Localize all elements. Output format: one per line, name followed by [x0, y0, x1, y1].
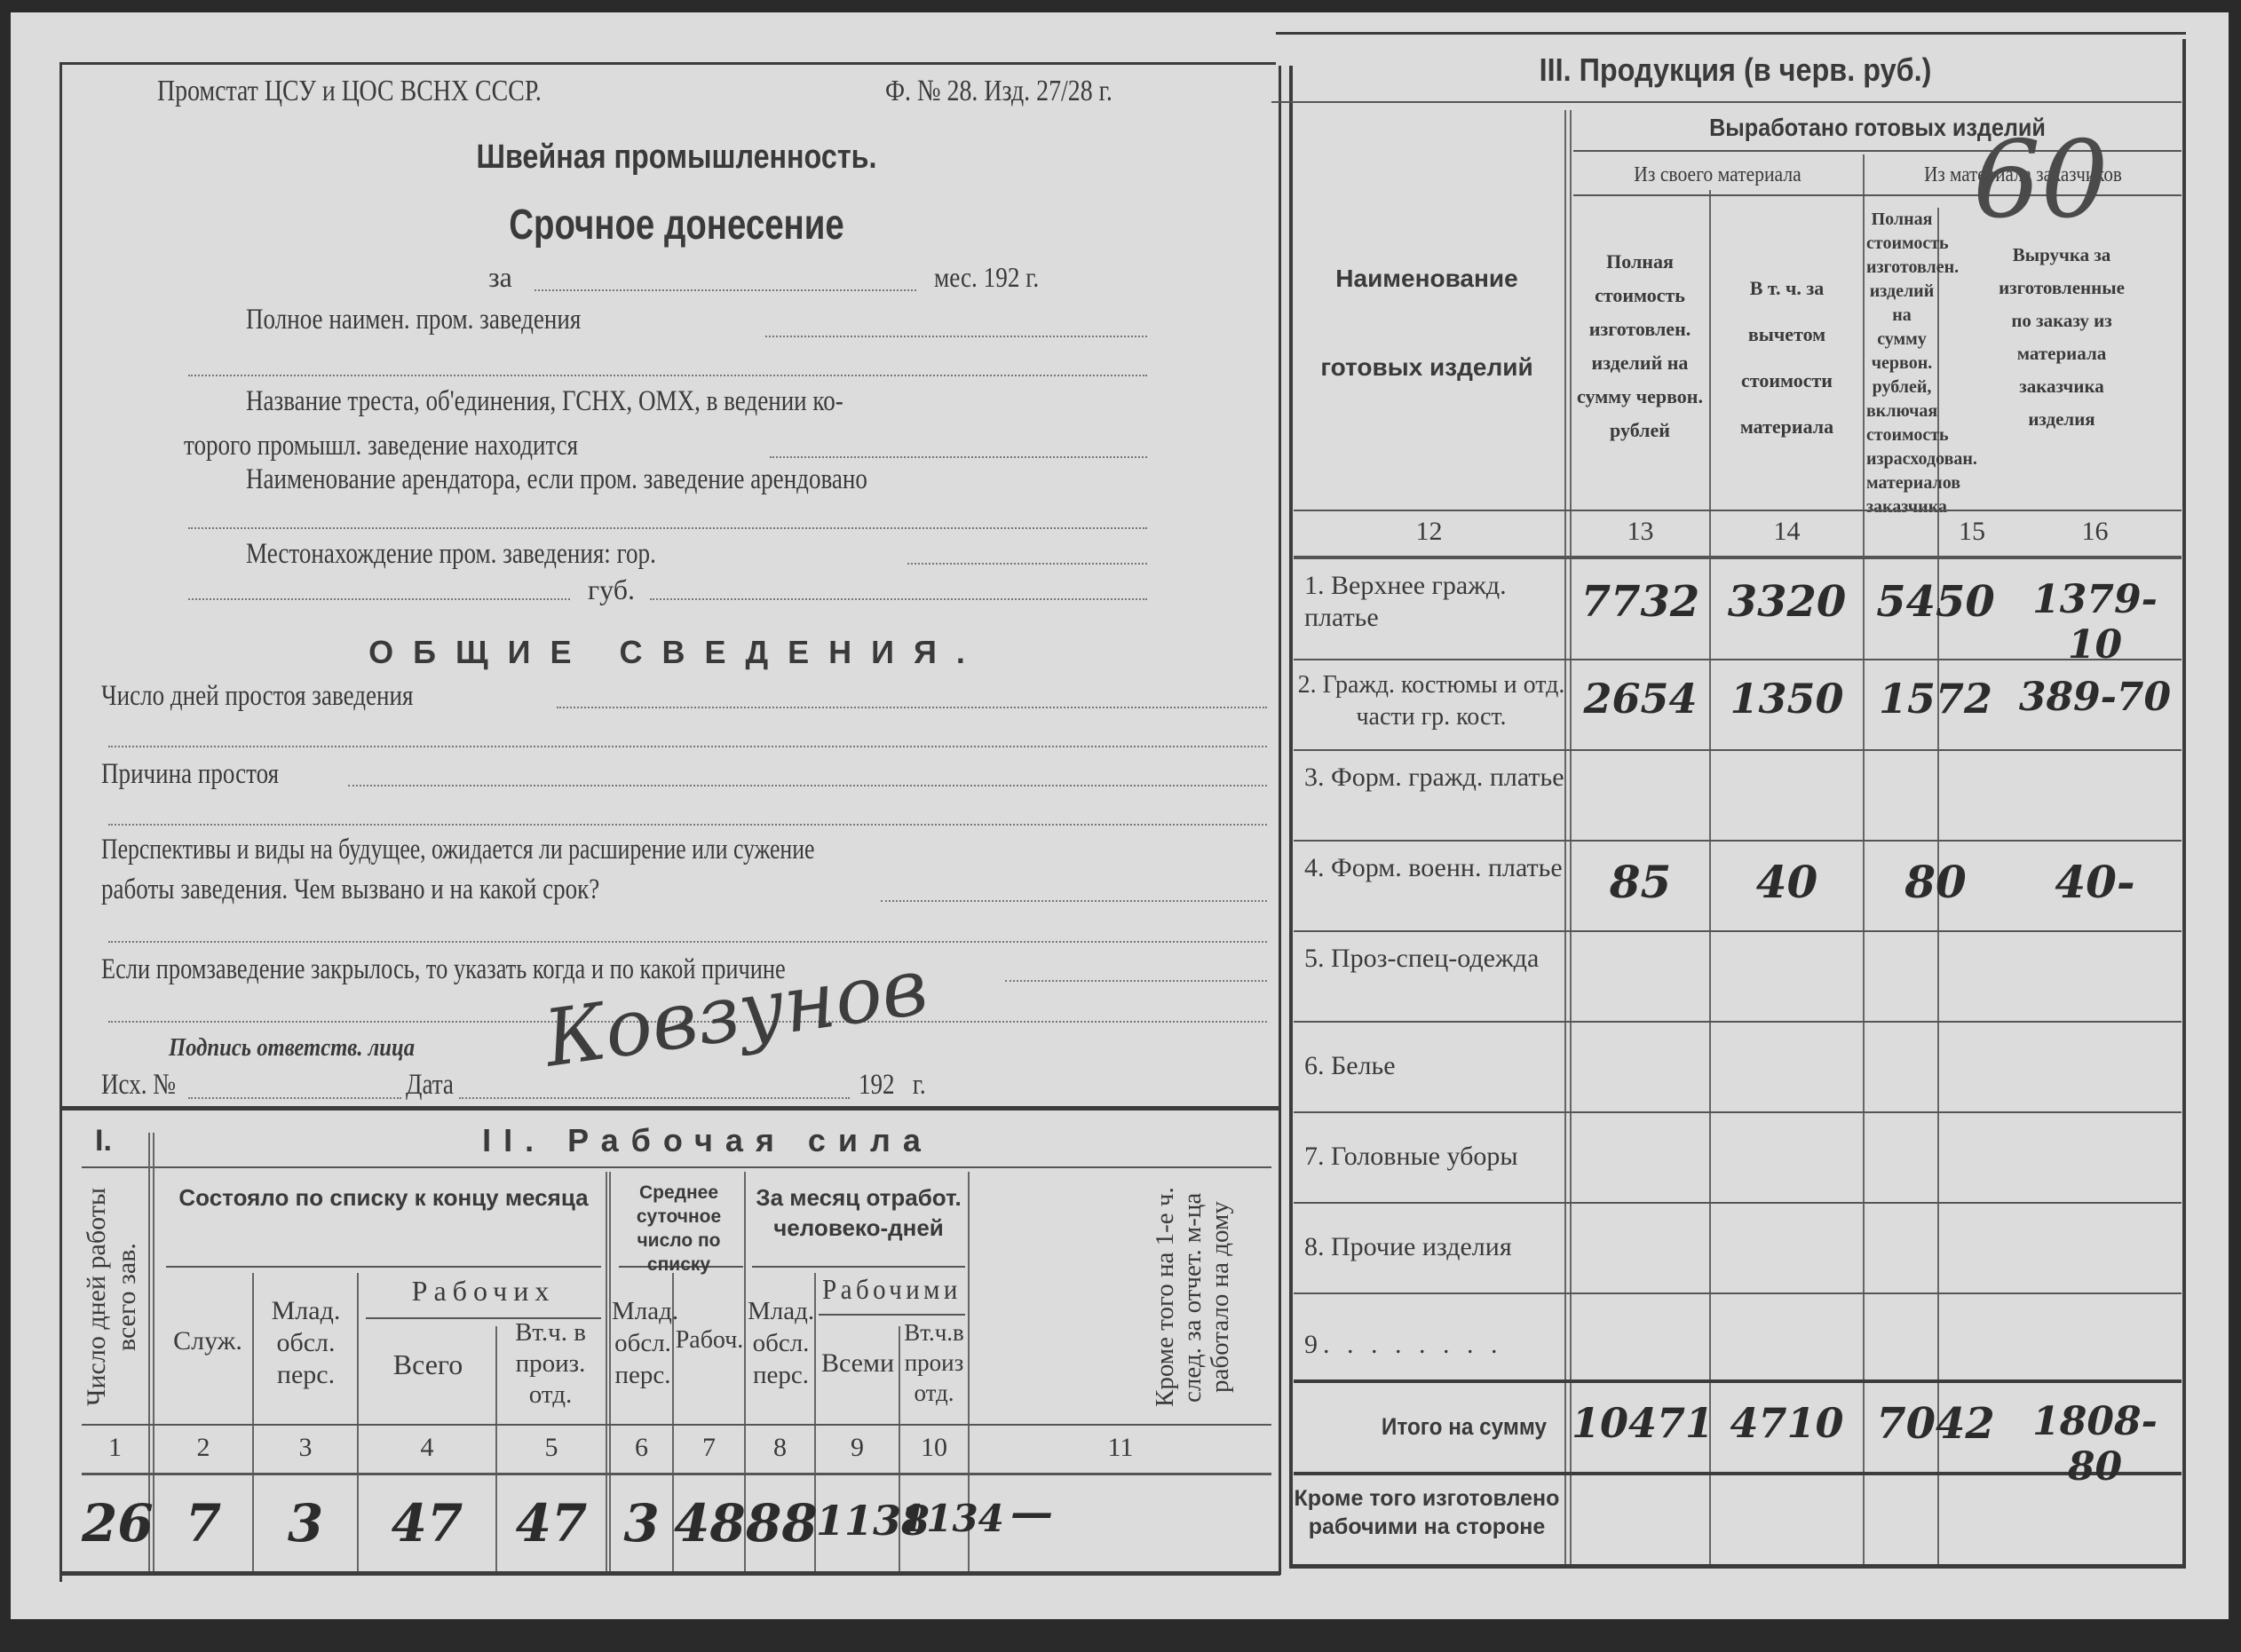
outside-row: Кроме того изготовлено рабочими на сторо… [1294, 1475, 2182, 1573]
col15-header: Полная стоимость изготовлен. изделий на … [1866, 208, 1937, 519]
product-row: 7. Головные уборы [1294, 1113, 2182, 1204]
col13-num: 13 [1572, 517, 1709, 547]
form-sheet: Промстат ЦСУ и ЦОС ВСНХ СССР. Ф. № 28. И… [11, 12, 2229, 1619]
row-label: 4. Форм. военн. платье [1304, 852, 1571, 884]
col10-label: Вт.ч.в произ отд. [900, 1317, 968, 1408]
col3-label: Млад. обсл. перс. [255, 1295, 357, 1391]
col1-num: 1 [82, 1433, 148, 1463]
col6-num: 6 [611, 1433, 672, 1463]
row-label: 7. Головные уборы [1304, 1142, 1580, 1172]
divider-border [1279, 66, 1281, 1575]
col15-num: 15 [1865, 517, 2008, 547]
colnum-rule-top [82, 1424, 1271, 1426]
margin-note: 60 [1973, 119, 2109, 242]
sub-workers-header: Рабочих [361, 1275, 606, 1308]
section3-title-rule [1271, 101, 2182, 103]
col8-label: Млад. обсл. перс. [748, 1295, 814, 1391]
row-label: 5. Проз-спец-одежда [1304, 943, 1571, 975]
sub-workers2-header: Рабочими [822, 1273, 962, 1306]
col5-value[interactable]: 47 [497, 1493, 606, 1553]
extra-col-header: Кроме того на 1-е ч. след. за отчет. м-ц… [1152, 1175, 1267, 1419]
col16-header: Выручка за изготовленные по заказу из ма… [1942, 239, 2182, 436]
industry-title: Швейная промышленность. [337, 138, 1017, 177]
top-border [59, 62, 1276, 65]
col13-header: Полная стоимость изготовлен. изделий на … [1573, 245, 1706, 447]
group-rule [166, 1266, 601, 1268]
trust-field[interactable] [770, 456, 1147, 458]
col-divider [606, 1172, 607, 1571]
total-label: Итого на сумму [1307, 1413, 1547, 1441]
row-value-col15[interactable]: 5450 [1865, 577, 2007, 627]
trust-label-1: Название треста, об'единения, ГСНХ, ОМХ,… [246, 385, 843, 418]
table-bottom-border [59, 1571, 1280, 1576]
col2-label: Служ. [163, 1326, 252, 1356]
workers-rule [819, 1314, 965, 1316]
date-label: Дата [406, 1069, 454, 1102]
col2-value[interactable]: 7 [154, 1493, 252, 1553]
outgoing-no-label: Исх. № [101, 1069, 176, 1102]
location-gub-field-2[interactable] [650, 598, 1147, 600]
col14-header: В т. ч. за вычетом стоимости материала [1714, 265, 1860, 450]
table-top-border [59, 1106, 1280, 1111]
row-label: 1. Верхнее гражд. платье [1304, 570, 1571, 634]
closed-field[interactable] [1005, 980, 1267, 982]
lessee-label: Наименование арендатора, если пром. заве… [246, 463, 867, 496]
idle-reason-field-2[interactable] [108, 824, 1267, 826]
col2-num: 2 [154, 1433, 252, 1463]
idle-days-field-2[interactable] [108, 746, 1267, 747]
outside-label: Кроме того изготовлено рабочими на сторо… [1294, 1484, 1560, 1541]
period-prefix: за [488, 261, 512, 294]
period-suffix: мес. 192 г. [934, 261, 1039, 294]
col5-num: 5 [497, 1433, 606, 1463]
idle-days-label: Число дней простоя заведения [101, 680, 413, 713]
lessee-field[interactable] [188, 527, 1147, 529]
colnum-rule-top [1294, 510, 2182, 511]
outgoing-no-field[interactable] [188, 1097, 401, 1099]
row-value-col14[interactable]: 1350 [1711, 675, 1863, 723]
location-gub-label: губ. [588, 573, 635, 606]
own-material-header: Из своего материала [1588, 163, 1848, 187]
row-value-col16[interactable]: 40- [2008, 856, 2182, 908]
row-value-col16[interactable]: 389-70 [2008, 675, 2182, 720]
col11-value[interactable]: — [970, 1488, 1094, 1537]
product-row: 3. Форм. гражд. платье [1294, 751, 2182, 842]
col11-num: 11 [970, 1433, 1271, 1463]
publisher: Промстат ЦСУ и ЦОС ВСНХ СССР. [157, 75, 542, 108]
section3-right-border [2182, 39, 2186, 1566]
total-col15[interactable]: 7042 [1865, 1399, 2007, 1449]
col4-label: Всего [361, 1348, 495, 1381]
row-value-col14[interactable]: 3320 [1711, 577, 1863, 627]
col7-num: 7 [674, 1433, 744, 1463]
group-list-header: Состояло по списку к концу месяца [166, 1182, 601, 1213]
col8-num: 8 [746, 1433, 814, 1463]
col4-value[interactable]: 47 [359, 1493, 495, 1553]
product-row: 1. Верхнее гражд. платье 7732 3320 5450 … [1294, 559, 2182, 660]
product-table: 1. Верхнее гражд. платье 7732 3320 5450 … [1294, 559, 2182, 1573]
col6-value[interactable]: 3 [611, 1493, 672, 1553]
full-name-label: Полное наимен. пром. заведения [246, 304, 581, 336]
product-row: 4. Форм. военн. платье 85 40 80 40- [1294, 842, 2182, 932]
col9-value[interactable]: 1138 [816, 1497, 899, 1545]
col7-label: Рабоч. [675, 1326, 744, 1355]
group-rule [752, 1266, 965, 1268]
product-row: 8. Прочие изделия [1294, 1204, 2182, 1294]
col9-label: Всеми [817, 1348, 899, 1379]
col16-num: 16 [2008, 517, 2182, 547]
form-number: Ф. № 28. Изд. 27/28 г. [885, 75, 1113, 108]
signature-label: Подпись ответств. лица [169, 1033, 415, 1063]
total-row: Итого на сумму 10471 4710 7042 1808-80 [1294, 1383, 2182, 1475]
outlook-field-2[interactable] [108, 941, 1267, 943]
idle-days-field[interactable] [557, 707, 1267, 708]
col6-label: Млад. обсл. перс. [612, 1295, 674, 1391]
left-border [59, 64, 62, 1582]
col14-num: 14 [1711, 517, 1863, 547]
section1-label: I. [95, 1124, 112, 1158]
col9-num: 9 [816, 1433, 899, 1463]
col10-num: 10 [900, 1433, 968, 1463]
year-suffix: 192 г. [859, 1069, 926, 1102]
row-value-col16[interactable]: 1379-10 [2008, 577, 2182, 668]
name-header: Наименование готовых изделий [1289, 234, 1564, 412]
row-value-col15[interactable]: 80 [1865, 856, 2007, 908]
row-label: 3. Форм. гражд. платье [1304, 762, 1571, 794]
row-label: 9. . . . . . . . [1304, 1330, 1571, 1360]
idle-reason-field[interactable] [348, 785, 1267, 786]
section1-col-header: Число дней работы всего зав. [82, 1175, 148, 1419]
section3-top-border [1276, 32, 2186, 35]
col1-value[interactable]: 26 [82, 1493, 148, 1553]
section2-title: II. Рабочая сила [144, 1122, 1271, 1159]
row-value-col14[interactable]: 40 [1711, 856, 1863, 908]
row-label: 2. Гражд. костюмы и отд. части гр. кост. [1294, 669, 1569, 733]
location-city-field[interactable] [907, 563, 1147, 565]
col8-value[interactable]: 88 [746, 1493, 814, 1553]
product-row: 2. Гражд. костюмы и отд. части гр. кост.… [1294, 660, 2182, 751]
product-row: 5. Проз-спец-одежда [1294, 932, 2182, 1023]
row-value-col13[interactable]: 2654 [1572, 675, 1709, 723]
date-field[interactable] [459, 1097, 850, 1099]
colnum-rule-bottom [82, 1473, 1271, 1475]
section-title-rule [82, 1166, 1271, 1168]
group-avg-header: Среднее суточное число по списку [614, 1181, 743, 1277]
idle-reason-label: Причина простоя [101, 758, 279, 791]
col10-value[interactable]: 1134 [900, 1497, 968, 1540]
col12-num: 12 [1294, 517, 1564, 547]
product-row: 6. Белье [1294, 1023, 2182, 1113]
product-row: 9. . . . . . . . [1294, 1294, 2182, 1383]
location-city-label: Местонахождение пром. заведения: гор. [246, 538, 656, 571]
period-month-field[interactable] [535, 289, 916, 291]
col3-num: 3 [254, 1433, 357, 1463]
col4-num: 4 [359, 1433, 495, 1463]
report-title: Срочное донесение [357, 201, 996, 249]
full-name-field[interactable] [765, 336, 1147, 337]
row-value-col13[interactable]: 85 [1572, 856, 1709, 908]
section3-bottom-border [1289, 1564, 2186, 1569]
location-gub-field-1[interactable] [188, 598, 570, 600]
row-value-col15[interactable]: 1572 [1865, 675, 2007, 723]
section3-title: III. Продукция (в черв. руб.) [1334, 51, 2137, 89]
col3-value[interactable]: 3 [254, 1493, 357, 1553]
general-heading: ОБЩИЕ СВЕДЕНИЯ. [277, 634, 1076, 671]
total-col14[interactable]: 4710 [1711, 1399, 1863, 1447]
col5-label: Вт.ч. в произ. отд. [497, 1317, 604, 1411]
group-month-header: За месяц отработ. человеко-дней [752, 1182, 965, 1243]
row-label: 6. Белье [1304, 1051, 1571, 1081]
full-name-field-2[interactable] [188, 375, 1147, 376]
outlook-label-2: работы заведения. Чем вызвано и на какой… [101, 873, 599, 906]
trust-label-2: торого промышл. заведение находится [184, 430, 578, 462]
col7-value[interactable]: 48 [674, 1493, 744, 1553]
row-label: 8. Прочие изделия [1304, 1232, 1580, 1262]
total-col13[interactable]: 10471 [1572, 1399, 1709, 1447]
outlook-label-1: Перспективы и виды на будущее, ожидается… [101, 834, 814, 866]
outlook-field[interactable] [881, 900, 1267, 902]
row-value-col13[interactable]: 7732 [1572, 577, 1709, 627]
